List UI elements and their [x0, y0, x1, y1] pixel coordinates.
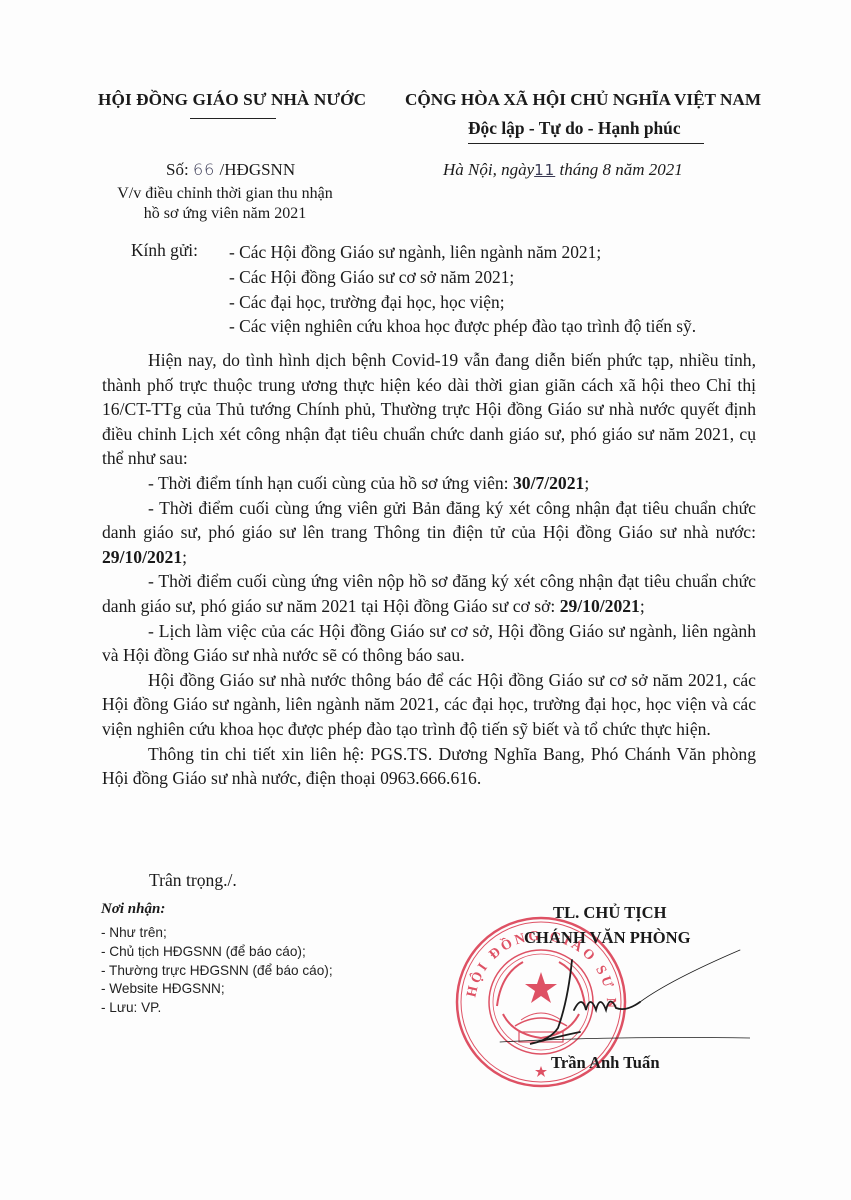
date-prefix: Hà Nội, ngày [443, 160, 534, 179]
recipient-item: - Các viện nghiên cứu khoa học được phép… [229, 314, 696, 339]
distribution-item: - Lưu: VP. [101, 999, 333, 1018]
distribution-list: - Như trên; - Chủ tịch HĐGSNN (để báo cá… [101, 924, 333, 1018]
doc-number-handwritten: 66 [193, 160, 215, 179]
subject-line-1: V/v điều chỉnh thời gian thu nhận [100, 184, 350, 204]
distribution-item: - Thường trực HĐGSNN (để báo cáo); [101, 962, 333, 981]
schedule-item: - Thời điểm cuối cùng ứng viên gửi Bản đ… [102, 496, 756, 570]
letter-body: Hiện nay, do tình hình dịch bệnh Covid-1… [102, 348, 756, 791]
distribution-item: - Chủ tịch HĐGSNN (để báo cáo); [101, 943, 333, 962]
motto-underline [468, 143, 704, 144]
doc-number-prefix: Số: [166, 160, 189, 179]
contact-paragraph: Thông tin chi tiết xin liên hệ: PGS.TS. … [102, 742, 756, 791]
distribution-title: Nơi nhận: [101, 901, 165, 918]
handwritten-signature-icon [490, 940, 750, 1060]
date-day-handwritten: 11 [534, 161, 555, 179]
document-subject: V/v điều chỉnh thời gian thu nhận hồ sơ … [100, 184, 350, 224]
doc-number-suffix: /HĐGSNN [220, 160, 296, 179]
document-number: Số: 66 /HĐGSNN [166, 160, 295, 180]
recipient-item: - Các Hội đồng Giáo sư ngành, liên ngành… [229, 240, 696, 265]
official-letter-page: HỘI ĐỒNG GIÁO SƯ NHÀ NƯỚC CỘNG HÒA XÃ HỘ… [0, 0, 851, 1200]
signatory-on-behalf: TL. CHỦ TỊCH [553, 903, 667, 923]
recipient-item: - Các Hội đồng Giáo sư cơ sở năm 2021; [229, 265, 696, 290]
issuer-name: HỘI ĐỒNG GIÁO SƯ NHÀ NƯỚC [98, 90, 366, 110]
schedule-item: - Thời điểm cuối cùng ứng viên nộp hồ sơ… [102, 569, 756, 618]
closing-regards: Trân trọng./. [149, 870, 237, 891]
distribution-item: - Website HĐGSNN; [101, 980, 333, 999]
signatory-position: CHÁNH VĂN PHÒNG [524, 928, 691, 948]
distribution-item: - Như trên; [101, 924, 333, 943]
issuer-underline [190, 118, 276, 119]
signatory-name: Trần Anh Tuấn [551, 1053, 660, 1073]
deadline-date: 30/7/2021 [513, 473, 584, 493]
recipient-item: - Các đại học, trường đại học, học viện; [229, 290, 696, 315]
national-motto: Độc lập - Tự do - Hạnh phúc [468, 118, 681, 139]
national-title: CỘNG HÒA XÃ HỘI CHỦ NGHĨA VIỆT NAM [405, 90, 761, 110]
recipients-label: Kính gửi: [131, 240, 198, 261]
date-suffix: tháng 8 năm 2021 [559, 160, 682, 179]
deadline-date: 29/10/2021 [560, 596, 640, 616]
document-date: Hà Nội, ngày11 tháng 8 năm 2021 [443, 160, 683, 180]
intro-paragraph: Hiện nay, do tình hình dịch bệnh Covid-1… [102, 348, 756, 471]
notice-paragraph: Hội đồng Giáo sư nhà nước thông báo để c… [102, 668, 756, 742]
subject-line-2: hồ sơ ứng viên năm 2021 [100, 204, 350, 224]
schedule-item: - Lịch làm việc của các Hội đồng Giáo sư… [102, 619, 756, 668]
deadline-date: 29/10/2021 [102, 547, 182, 567]
schedule-item: - Thời điểm tính hạn cuối cùng của hồ sơ… [102, 471, 756, 496]
recipients-list: - Các Hội đồng Giáo sư ngành, liên ngành… [229, 240, 696, 339]
